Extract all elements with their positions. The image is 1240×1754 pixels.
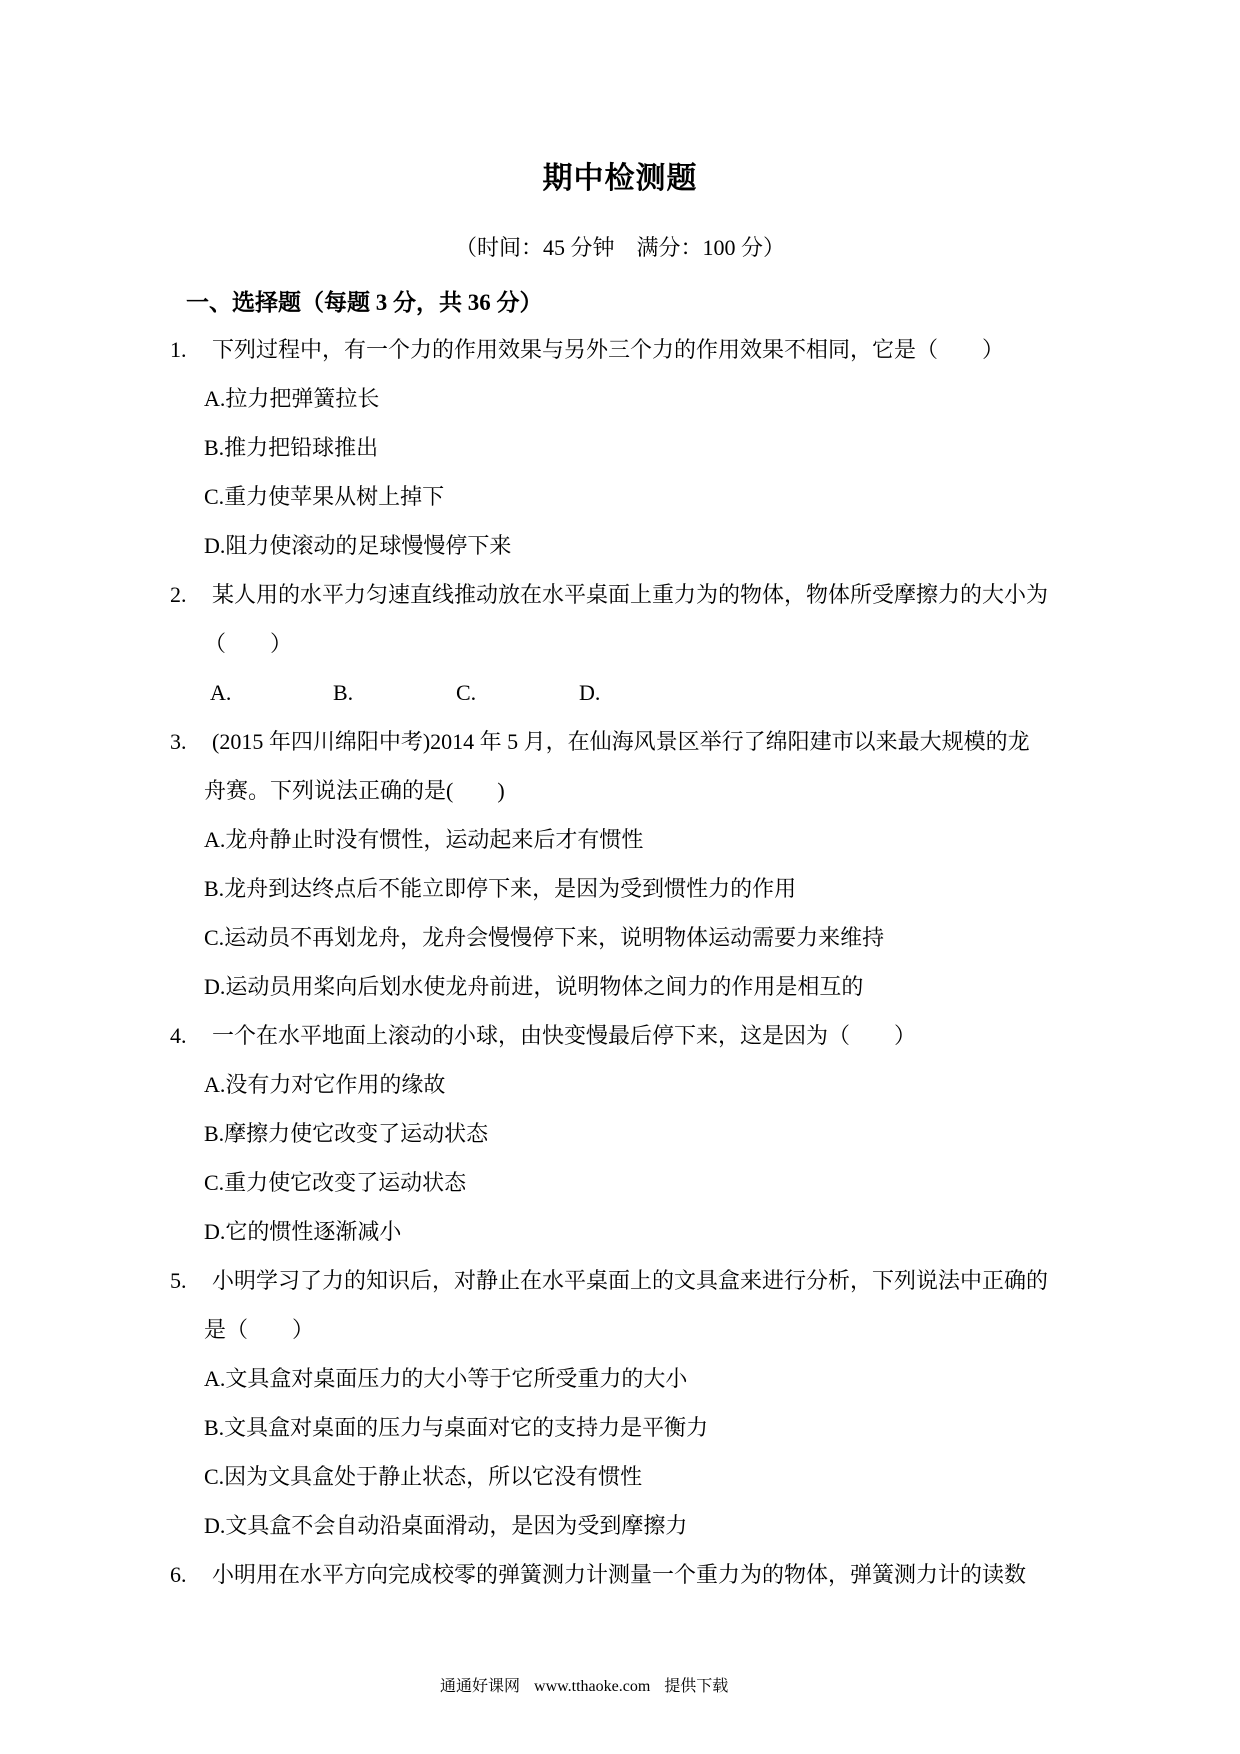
option: D.文具盒不会自动沿桌面滑动，是因为受到摩擦力 [204,1501,1100,1550]
options-row: A.B.C.D. [204,668,1100,717]
question-list: 1.下列过程中，有一个力的作用效果与另外三个力的作用效果不相同，它是（ ）A.拉… [0,325,1100,1599]
question-text-line: 一个在水平地面上滚动的小球，由快变慢最后停下来，这是因为（ ） [204,1011,1100,1060]
option: C.因为文具盒处于静止状态，所以它没有惯性 [204,1452,1100,1501]
page-footer: 通通好课网www.tthaoke.com提供下载 [424,1613,728,1754]
question-number: 3. [170,717,187,766]
exam-info: （时间：45 分钟 满分：100 分） [0,226,1240,270]
question: 5.小明学习了力的知识后，对静止在水平桌面上的文具盒来进行分析，下列说法中正确的… [0,1256,1100,1550]
footer-url: www.tthaoke.com [534,1678,650,1695]
option: B. [327,668,450,717]
question-number: 4. [170,1011,187,1060]
option: A. [204,668,327,717]
question-number: 5. [170,1256,187,1305]
question-number: 6. [170,1550,187,1599]
option: C.重力使它改变了运动状态 [204,1158,1100,1207]
question-text-line: 某人用的水平力匀速直线推动放在水平桌面上重力为的物体，物体所受摩擦力的大小为 [204,570,1100,619]
question-text-line: （ ） [204,619,1100,668]
question-text-line: 下列过程中，有一个力的作用效果与另外三个力的作用效果不相同，它是（ ） [204,325,1100,374]
question: 3.(2015 年四川绵阳中考)2014 年 5 月，在仙海风景区举行了绵阳建市… [0,717,1100,1011]
document-page: 期中检测题 （时间：45 分钟 满分：100 分） 一、选择题（每题 3 分，共… [0,0,1240,1754]
question-number: 1. [170,325,187,374]
question-text-line: 小明用在水平方向完成校零的弹簧测力计测量一个重力为的物体，弹簧测力计的读数 [204,1550,1100,1599]
question-text-line: 是（ ） [204,1305,1100,1354]
option: D.运动员用桨向后划水使龙舟前进，说明物体之间力的作用是相互的 [204,962,1100,1011]
question-text-line: 舟赛。下列说法正确的是( ) [204,766,1100,815]
option: A.没有力对它作用的缘故 [204,1060,1100,1109]
section-header: 一、选择题（每题 3 分，共 36 分） [186,281,543,325]
footer-site-name: 通通好课网 [440,1678,520,1695]
option: D.它的惯性逐渐减小 [204,1207,1100,1256]
question: 1.下列过程中，有一个力的作用效果与另外三个力的作用效果不相同，它是（ ）A.拉… [0,325,1100,570]
option: B.推力把铅球推出 [204,423,1100,472]
question-text-line: (2015 年四川绵阳中考)2014 年 5 月，在仙海风景区举行了绵阳建市以来… [204,717,1100,766]
option: B.摩擦力使它改变了运动状态 [204,1109,1100,1158]
option: A.龙舟静止时没有惯性，运动起来后才有惯性 [204,815,1100,864]
option: D. [573,668,696,717]
question-number: 2. [170,570,187,619]
option: B.龙舟到达终点后不能立即停下来，是因为受到惯性力的作用 [204,864,1100,913]
question-text-line: 小明学习了力的知识后，对静止在水平桌面上的文具盒来进行分析，下列说法中正确的 [204,1256,1100,1305]
question: 4.一个在水平地面上滚动的小球，由快变慢最后停下来，这是因为（ ）A.没有力对它… [0,1011,1100,1256]
question: 6.小明用在水平方向完成校零的弹簧测力计测量一个重力为的物体，弹簧测力计的读数 [0,1550,1100,1599]
option: A.文具盒对桌面压力的大小等于它所受重力的大小 [204,1354,1100,1403]
footer-note: 提供下载 [664,1678,728,1695]
option: C.重力使苹果从树上掉下 [204,472,1100,521]
question: 2.某人用的水平力匀速直线推动放在水平桌面上重力为的物体，物体所受摩擦力的大小为… [0,570,1100,717]
option: D.阻力使滚动的足球慢慢停下来 [204,521,1100,570]
option: C.运动员不再划龙舟，龙舟会慢慢停下来，说明物体运动需要力来维持 [204,913,1100,962]
option: A.拉力把弹簧拉长 [204,374,1100,423]
option: B.文具盒对桌面的压力与桌面对它的支持力是平衡力 [204,1403,1100,1452]
option: C. [450,668,573,717]
document-title: 期中检测题 [0,156,1240,202]
